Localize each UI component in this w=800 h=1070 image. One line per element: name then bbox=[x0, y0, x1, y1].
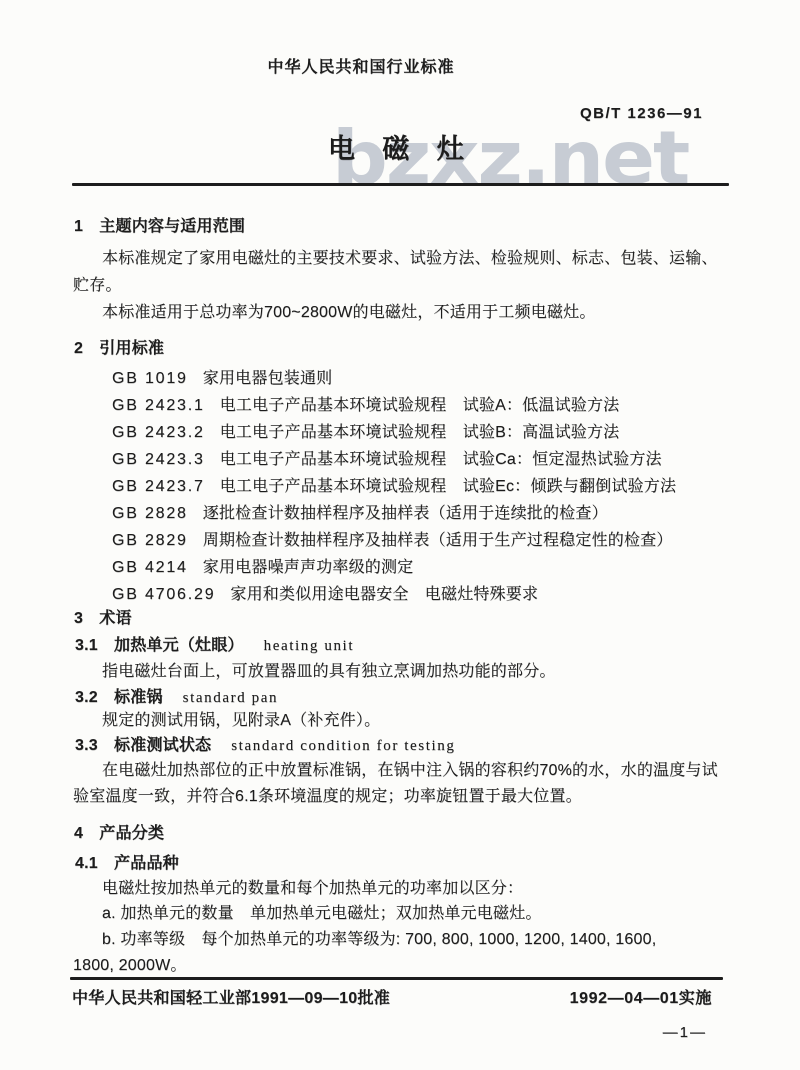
implementation-date: 1992—04—01实施 bbox=[570, 989, 712, 1009]
reference-title: 家用和类似用途电器安全 电磁灶特殊要求 bbox=[230, 586, 538, 603]
approval-statement: 中华人民共和国轻工业部1991—09—10批准 bbox=[72, 989, 390, 1009]
reference-title: 家用电器噪声声功率级的测定 bbox=[203, 559, 414, 576]
term-3-1-english: heating unit bbox=[264, 638, 354, 654]
term-3-1-definition: 指电磁灶台面上，可放置器皿的具有独立烹调加热功能的部分。 bbox=[102, 662, 556, 682]
reference-title: 逐批检查计数抽样程序及抽样表（适用于连续批的检查） bbox=[203, 505, 608, 522]
reference-code: GB 2423.1 bbox=[112, 397, 205, 414]
term-3-3-heading: 3.3 标准测试状态standard condition for testing bbox=[75, 736, 455, 756]
reference-item: GB 2829周期检查计数抽样程序及抽样表（适用于生产过程稳定性的检查） bbox=[112, 531, 673, 551]
term-3-3-label: 3.3 标准测试状态 bbox=[75, 737, 211, 754]
scanned-standard-page: bzxz.net 中华人民共和国行业标准 QB/T 1236—91 电 磁 灶 … bbox=[0, 0, 800, 1070]
reference-title: 家用电器包装通则 bbox=[203, 370, 333, 387]
reference-code: GB 1019 bbox=[112, 370, 188, 387]
reference-title: 电工电子产品基本环境试验规程 试验Ec：倾跌与翻倒试验方法 bbox=[220, 478, 676, 495]
term-3-3-english: standard condition for testing bbox=[231, 738, 455, 754]
scope-paragraph-2: 本标准适用于总功率为700~2800W的电磁灶，不适用于工频电磁灶。 bbox=[102, 303, 596, 323]
section-3-heading: 3 术语 bbox=[74, 609, 132, 629]
reference-title: 电工电子产品基本环境试验规程 试验Ca：恒定湿热试验方法 bbox=[220, 451, 662, 468]
term-3-2-english: standard pan bbox=[183, 690, 278, 706]
reference-item: GB 1019家用电器包装通则 bbox=[112, 369, 332, 389]
reference-item: GB 2423.1电工电子产品基本环境试验规程 试验A：低温试验方法 bbox=[112, 396, 619, 416]
term-3-2-heading: 3.2 标准锅standard pan bbox=[75, 688, 278, 708]
reference-code: GB 2828 bbox=[112, 505, 188, 522]
term-3-2-definition: 规定的测试用锅，见附录A（补充件）。 bbox=[102, 711, 380, 731]
scope-paragraph-1-line-2: 贮存。 bbox=[73, 276, 122, 296]
classification-item-a: a. 加热单元的数量 单加热单元电磁灶；双加热单元电磁灶。 bbox=[102, 904, 542, 924]
footer-rule bbox=[70, 977, 723, 980]
classification-item-b-line-2: 1800, 2000W。 bbox=[73, 956, 187, 976]
term-3-3-definition-line-1: 在电磁灶加热部位的正中放置标准锅，在锅中注入锅的容积约70%的水，水的温度与试 bbox=[102, 761, 718, 781]
reference-title: 电工电子产品基本环境试验规程 试验B：高温试验方法 bbox=[220, 424, 620, 441]
document-content: 中华人民共和国行业标准 QB/T 1236—91 电 磁 灶 1 主题内容与适用… bbox=[0, 0, 800, 1070]
classification-intro: 电磁灶按加热单元的数量和每个加热单元的功率加以区分： bbox=[102, 879, 523, 899]
classification-item-b-line-1: b. 功率等级 每个加热单元的功率等级为: 700, 800, 1000, 12… bbox=[102, 930, 656, 950]
reference-code: GB 2423.7 bbox=[112, 478, 205, 495]
reference-code: GB 2423.3 bbox=[112, 451, 205, 468]
reference-item: GB 4214家用电器噪声声功率级的测定 bbox=[112, 558, 413, 578]
term-3-3-definition-line-2: 验室温度一致，并符合6.1条环境温度的规定；功率旋钮置于最大位置。 bbox=[73, 787, 582, 807]
reference-title: 周期检查计数抽样程序及抽样表（适用于生产过程稳定性的检查） bbox=[203, 532, 673, 549]
reference-item: GB 2423.7电工电子产品基本环境试验规程 试验Ec：倾跌与翻倒试验方法 bbox=[112, 477, 676, 497]
page-number: —1— bbox=[663, 1023, 707, 1043]
document-title: 电 磁 灶 bbox=[0, 133, 792, 165]
reference-item: GB 2423.2电工电子产品基本环境试验规程 试验B：高温试验方法 bbox=[112, 423, 619, 443]
reference-code: GB 4706.29 bbox=[112, 586, 215, 603]
section-4-heading: 4 产品分类 bbox=[74, 824, 164, 844]
scope-paragraph-1-line-1: 本标准规定了家用电磁灶的主要技术要求、试验方法、检验规则、标志、包装、运输、 bbox=[102, 249, 718, 269]
standard-number: QB/T 1236—91 bbox=[580, 104, 703, 124]
standard-kicker: 中华人民共和国行业标准 bbox=[0, 58, 722, 78]
reference-item: GB 2828逐批检查计数抽样程序及抽样表（适用于连续批的检查） bbox=[112, 504, 608, 524]
term-3-1-label: 3.1 加热单元（灶眼） bbox=[75, 637, 244, 654]
reference-title: 电工电子产品基本环境试验规程 试验A：低温试验方法 bbox=[220, 397, 620, 414]
term-3-2-label: 3.2 标准锅 bbox=[75, 689, 163, 706]
reference-code: GB 2829 bbox=[112, 532, 188, 549]
section-1-heading: 1 主题内容与适用范围 bbox=[74, 217, 245, 237]
reference-code: GB 4214 bbox=[112, 559, 188, 576]
section-4-1-heading: 4.1 产品品种 bbox=[75, 854, 179, 874]
section-2-heading: 2 引用标准 bbox=[74, 339, 164, 359]
reference-item: GB 4706.29家用和类似用途电器安全 电磁灶特殊要求 bbox=[112, 585, 538, 605]
term-3-1-heading: 3.1 加热单元（灶眼）heating unit bbox=[75, 636, 354, 656]
reference-code: GB 2423.2 bbox=[112, 424, 205, 441]
reference-item: GB 2423.3电工电子产品基本环境试验规程 试验Ca：恒定湿热试验方法 bbox=[112, 450, 662, 470]
header-rule bbox=[72, 183, 729, 186]
